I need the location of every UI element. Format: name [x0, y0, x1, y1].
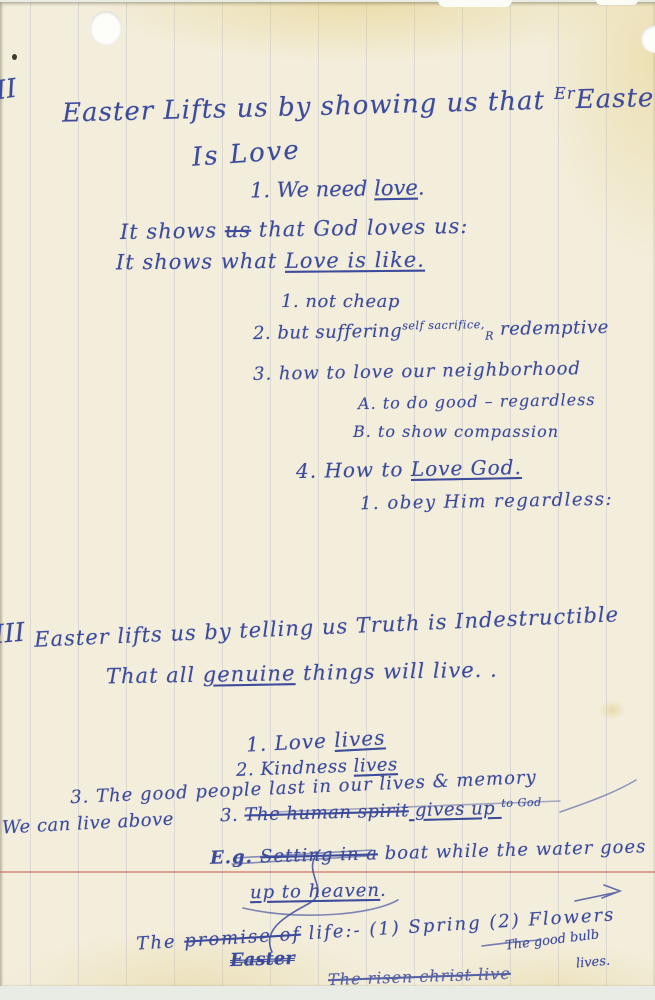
- line-text: 1. obey Him regardless:: [360, 489, 613, 514]
- line-text: .: [380, 880, 387, 901]
- subpoint-not-cheap: 1. not cheap: [281, 292, 400, 312]
- line-up-to-heaven: up to heaven.: [250, 881, 387, 903]
- heading-text: That all: [106, 663, 203, 689]
- line-text: 4. How to: [296, 457, 411, 483]
- line-text: .: [418, 175, 425, 199]
- struck-phrase: Setting in a: [260, 843, 378, 867]
- subpoint-b-show-compassion: B. to show compassion: [353, 423, 559, 441]
- margin-note-lives: lives.: [575, 955, 610, 972]
- hole-punch-left: [90, 11, 122, 45]
- line-text: that God loves us:: [251, 214, 469, 242]
- line-it-shows-what-love-is-like: It shows what Love is like.: [116, 249, 425, 275]
- inserted-correction: Er: [554, 83, 576, 103]
- underlined-word: lives: [334, 725, 386, 752]
- point-how-to-love-god: 4. How to Love God.: [296, 456, 522, 482]
- line-text: E.g.: [210, 846, 261, 868]
- struck-word: us: [225, 218, 252, 242]
- inserted-letter: R: [485, 329, 494, 342]
- underlined-phrase: gives up: [409, 798, 502, 821]
- underlined-phrase: Love is like.: [285, 248, 425, 273]
- note-text: lives.: [575, 954, 610, 972]
- point-we-need-love: 1. We need love.: [250, 176, 425, 202]
- underlined-word: love: [374, 176, 418, 201]
- struck-word-easter: Easter: [230, 949, 295, 971]
- line-text: redemptive: [494, 317, 609, 340]
- line-text: 2. but suffering: [253, 321, 403, 345]
- numeral-text: III: [0, 618, 26, 651]
- inserted-phrase: self sacrifice,: [402, 318, 485, 332]
- line-text: 1. We need: [250, 176, 375, 202]
- heading-text: things will live. .: [295, 658, 498, 686]
- paper-edge-notch-2: [596, 0, 638, 5]
- line-text: 1. not cheap: [281, 291, 400, 312]
- paper-stain: [598, 700, 626, 720]
- line-text: 1. Love: [245, 728, 334, 757]
- inserted-phrase: to God: [501, 796, 542, 810]
- line-text: The: [136, 931, 185, 955]
- margin-rule-line: [0, 871, 655, 873]
- underlined-phrase: up to heaven: [250, 880, 380, 903]
- subpoint-a-do-good: A. to do good – regardless: [358, 391, 596, 413]
- heading-text: Easter: [575, 83, 655, 115]
- line-text: 3.: [220, 805, 245, 827]
- struck-word: Easter: [230, 948, 295, 971]
- underlined-phrase: Love God.: [411, 455, 522, 481]
- line-text: It shows: [120, 218, 225, 244]
- subpoint-obey-him: 1. obey Him regardless:: [360, 490, 613, 514]
- line-text: It shows what: [116, 249, 285, 274]
- scanned-notes-page: II Easter Lifts us by showing us that Er…: [0, 0, 655, 1000]
- struck-phrase: The human spirit: [244, 800, 409, 825]
- underlined-word: genuine: [203, 661, 296, 687]
- section-2-numeral: II: [0, 75, 18, 106]
- ink-speck: [12, 54, 17, 60]
- paper-edge-notch: [438, 0, 512, 7]
- section-3-numeral: III: [0, 619, 26, 650]
- line-text: B. to show compassion: [353, 422, 559, 441]
